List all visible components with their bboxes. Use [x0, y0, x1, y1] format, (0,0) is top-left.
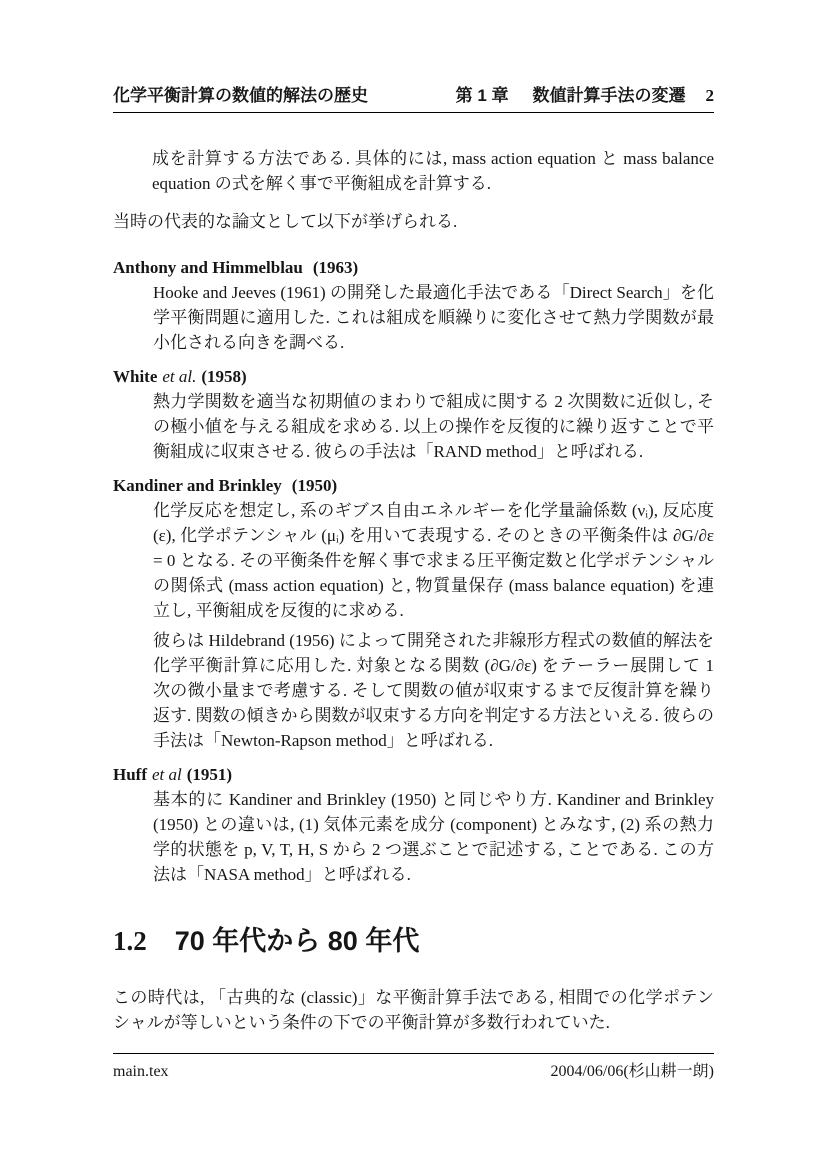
header-page-number: 2 — [706, 86, 715, 106]
reference-entry-white: Whiteet al.(1958) 熱力学関数を適当な初期値のまわりで組成に関す… — [113, 364, 714, 464]
header-document-title: 化学平衡計算の数値的解法の歴史 — [113, 86, 368, 106]
entry-year: (1951) — [187, 765, 232, 784]
continuation-paragraph: 成を計算する方法である. 具体的には, mass action equation… — [152, 146, 714, 196]
section-number: 1.2 — [113, 925, 147, 957]
running-header: 化学平衡計算の数値的解法の歴史 第 1 章 数値計算手法の変遷 2 — [113, 86, 714, 113]
entry-paragraph: 彼らは Hildebrand (1956) によって開発された非線形方程式の数値… — [153, 628, 714, 753]
entry-term: Anthony and Himmelblau(1963) — [113, 255, 714, 280]
entry-author: Anthony and Himmelblau — [113, 258, 303, 277]
footer-date-author: 2004/06/06(杉山耕一朗) — [550, 1062, 714, 1081]
footer-filename: main.tex — [113, 1062, 169, 1081]
entry-body: 化学反応を想定し, 系のギブス自由エネルギーを化学量論係数 (νᵢ), 反応度 … — [153, 498, 714, 753]
entry-term: Huffet al(1951) — [113, 762, 714, 787]
entry-author: Kandiner and Brinkley — [113, 476, 282, 495]
section-title: 70 年代から 80 年代 — [175, 925, 420, 957]
entry-body: 基本的に Kandiner and Brinkley (1950) と同じやり方… — [153, 787, 714, 887]
reference-entry-huff: Huffet al(1951) 基本的に Kandiner and Brinkl… — [113, 762, 714, 887]
entry-body: Hooke and Jeeves (1961) の開発した最適化手法である「Di… — [153, 280, 714, 355]
page-footer: main.tex 2004/06/06(杉山耕一朗) — [113, 1053, 714, 1081]
entry-paragraph: 化学反応を想定し, 系のギブス自由エネルギーを化学量論係数 (νᵢ), 反応度 … — [153, 498, 714, 623]
entry-year: (1950) — [292, 476, 337, 495]
entry-paragraph: 基本的に Kandiner and Brinkley (1950) と同じやり方… — [153, 787, 714, 887]
header-chapter-number: 第 1 章 — [456, 86, 509, 106]
entry-etal: et al — [152, 765, 182, 784]
entry-term: Whiteet al.(1958) — [113, 364, 714, 389]
reference-entry-anthony: Anthony and Himmelblau(1963) Hooke and J… — [113, 255, 714, 355]
entry-term: Kandiner and Brinkley(1950) — [113, 473, 714, 498]
text-block: 化学平衡計算の数値的解法の歴史 第 1 章 数値計算手法の変遷 2 成を計算する… — [113, 86, 714, 1035]
section-heading: 1.2 70 年代から 80 年代 — [113, 925, 714, 957]
entry-paragraph: Hooke and Jeeves (1961) の開発した最適化手法である「Di… — [153, 280, 714, 355]
entry-paragraph: 熱力学関数を適当な初期値のまわりで組成に関する 2 次関数に近似し, その極小値… — [153, 389, 714, 464]
reference-entry-kandiner: Kandiner and Brinkley(1950) 化学反応を想定し, 系の… — [113, 473, 714, 753]
section-paragraph: この時代は, 「古典的な (classic)」な平衡計算手法である, 相間での化… — [113, 985, 714, 1035]
entry-author: Huff — [113, 765, 147, 784]
entry-year: (1963) — [313, 258, 358, 277]
document-page: 化学平衡計算の数値的解法の歴史 第 1 章 数値計算手法の変遷 2 成を計算する… — [0, 0, 826, 1169]
entry-author: White — [113, 367, 157, 386]
header-chapter-group: 第 1 章 数値計算手法の変遷 2 — [456, 86, 714, 106]
entry-body: 熱力学関数を適当な初期値のまわりで組成に関する 2 次関数に近似し, その極小値… — [153, 389, 714, 464]
header-chapter-title: 数値計算手法の変遷 — [533, 86, 686, 106]
lead-paragraph: 当時の代表的な論文として以下が挙げられる. — [113, 209, 714, 234]
entry-etal: et al. — [162, 367, 196, 386]
entry-year: (1958) — [201, 367, 246, 386]
